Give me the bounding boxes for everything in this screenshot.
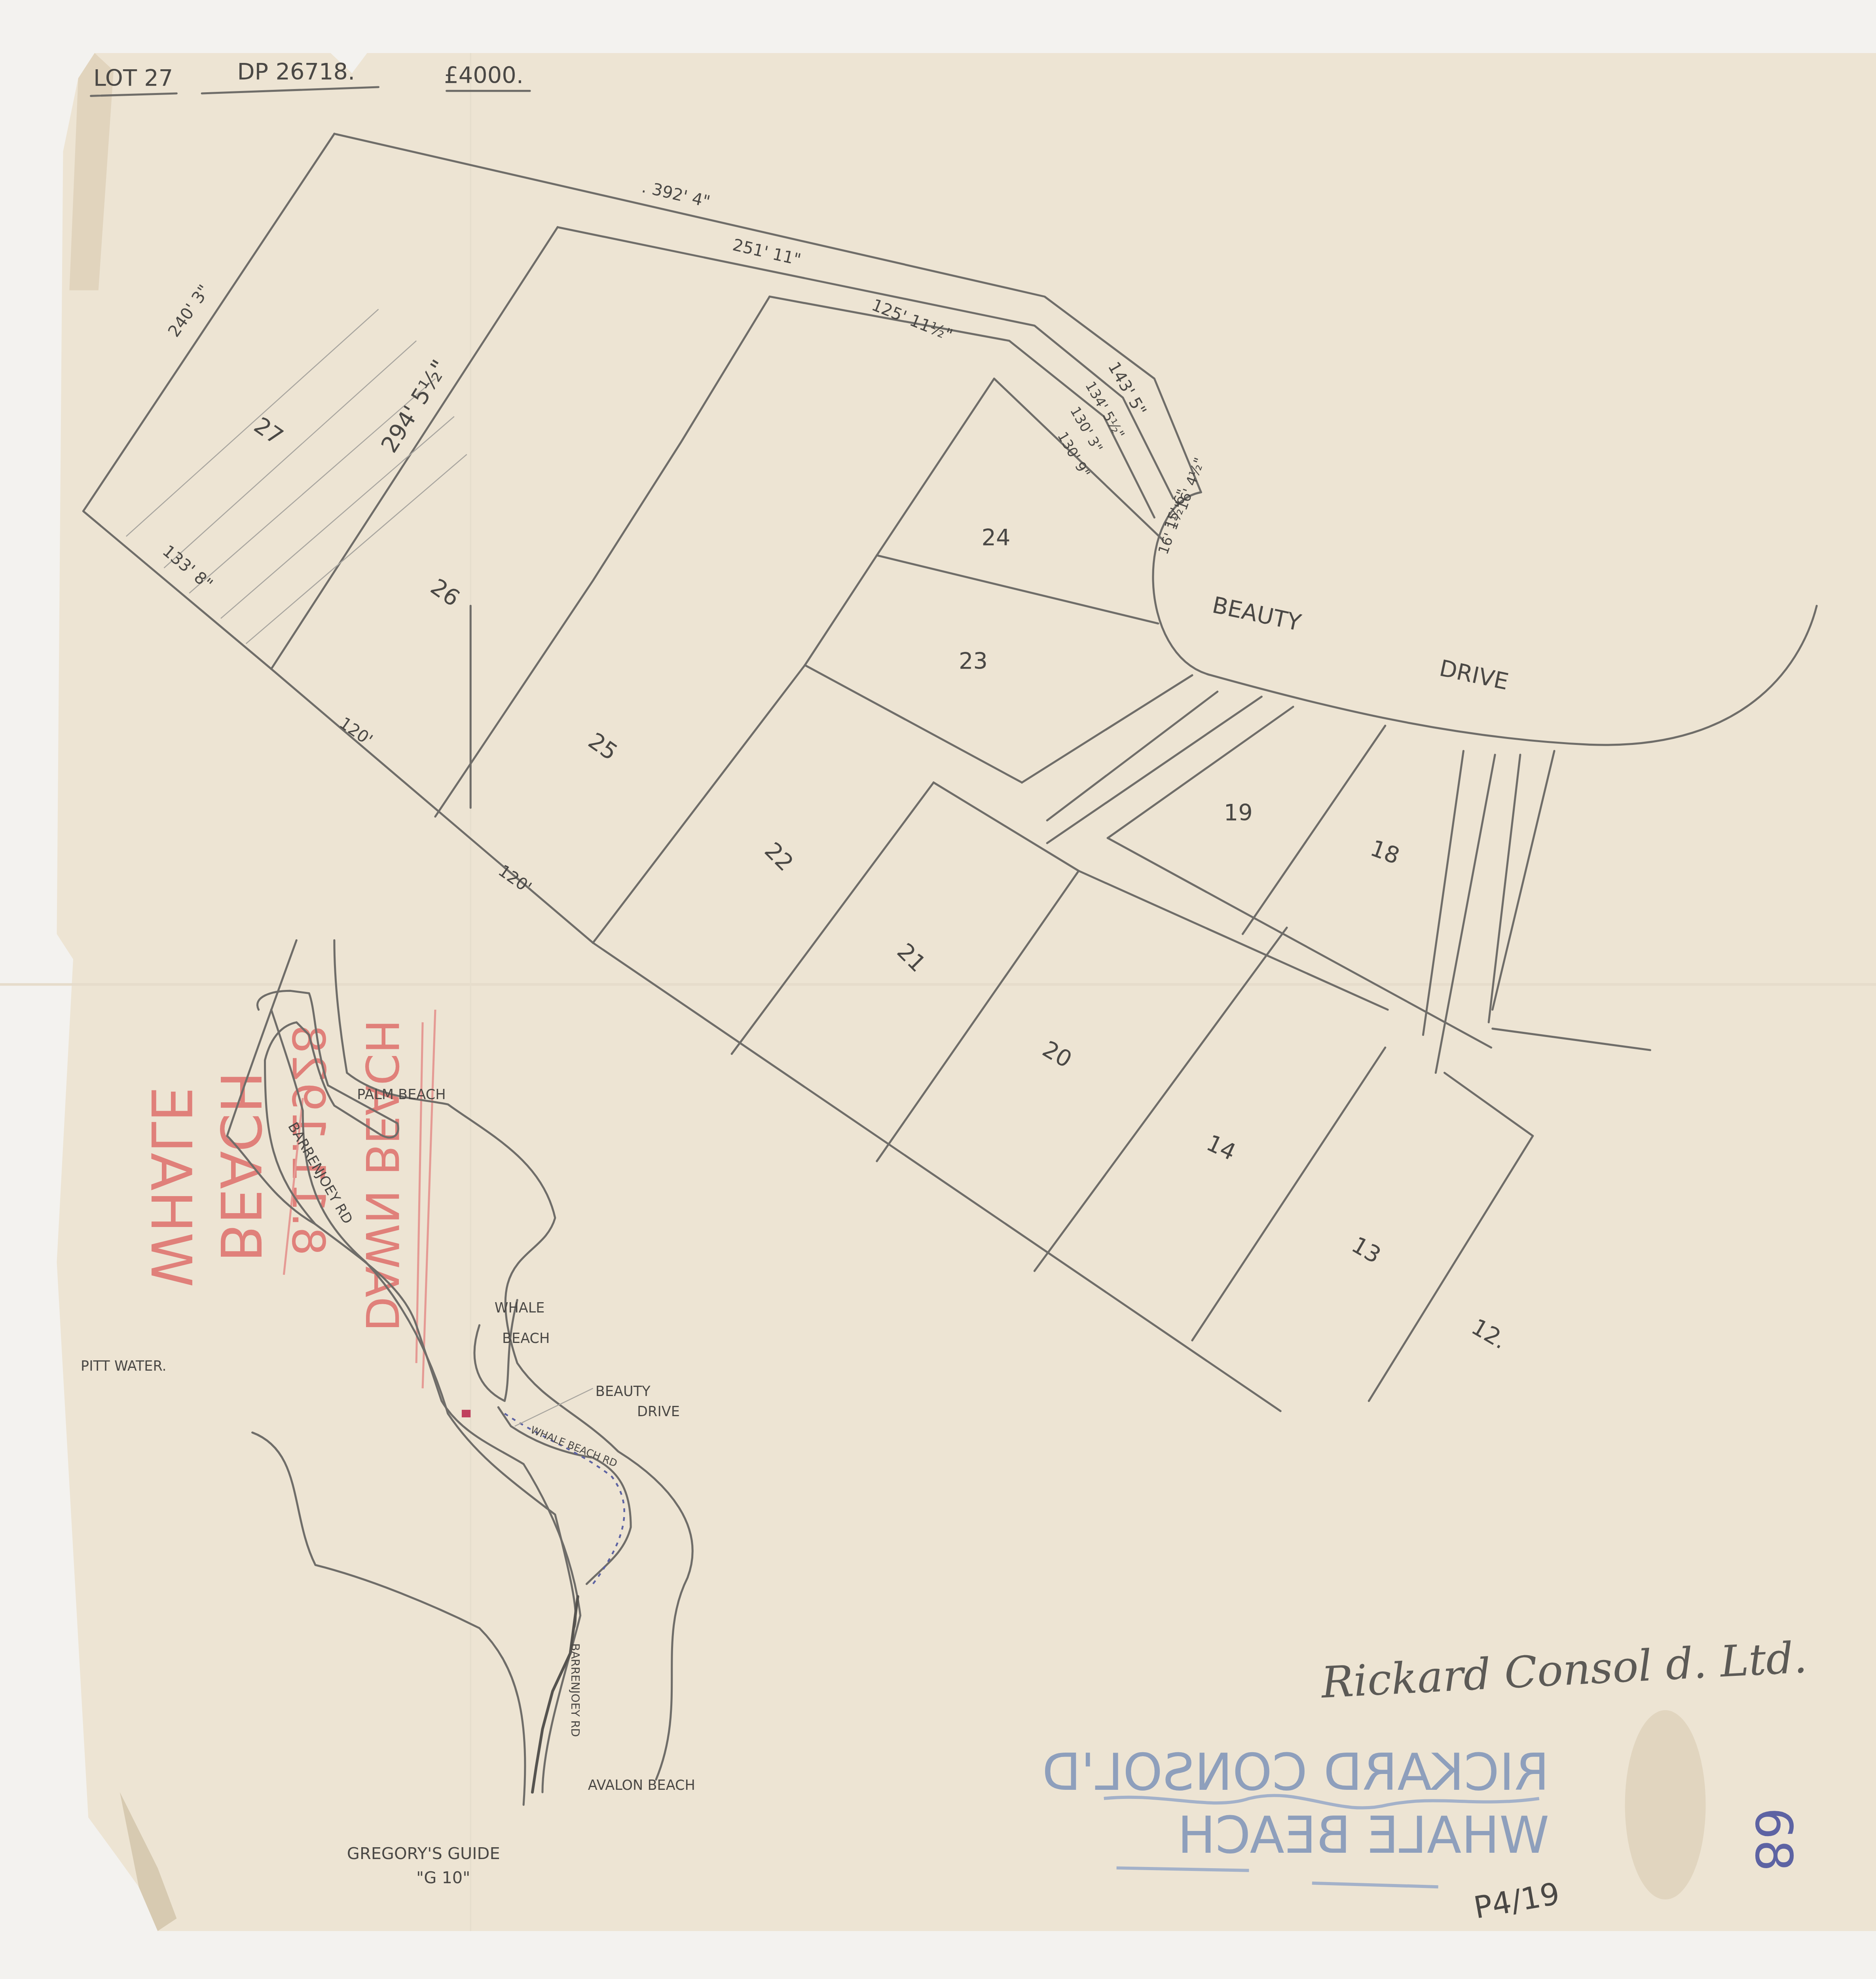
subdivision-plan-drawing: LOT 27 DP 26718. £4000. <box>0 0 1876 1979</box>
inset-drive: DRIVE <box>637 1404 680 1420</box>
inset-pitt-water: PITT WATER. <box>81 1358 167 1374</box>
flag-marker-icon <box>462 1410 470 1417</box>
inset-whale: WHALE <box>495 1300 545 1316</box>
corner-number: 68 <box>1744 1807 1802 1871</box>
lot-19: 19 <box>1224 800 1253 826</box>
inset-avalon-beach: AVALON BEACH <box>588 1777 695 1793</box>
inset-barrenjoey-rd-south: BARRENJOEY RD <box>569 1643 582 1737</box>
inset-beauty: BEAUTY <box>596 1383 651 1400</box>
lot-24: 24 <box>981 524 1010 551</box>
survey-sheet: LOT 27 DP 26718. £4000. <box>0 0 1876 1979</box>
deposited-plan: DP 26718. <box>237 59 355 85</box>
paper-stain <box>1625 1710 1706 1899</box>
red-dawn-beach: DAWN BEACH <box>355 1020 408 1332</box>
source-page-ref: "G 10" <box>416 1868 470 1887</box>
blue-rickard-consold: RICKARD CONSOL'D <box>1042 1743 1550 1802</box>
lot-number: LOT 27 <box>93 65 173 91</box>
price: £4000. <box>444 62 524 89</box>
blue-whale-beach: WHALE BEACH <box>1178 1806 1549 1865</box>
inset-beach: BEACH <box>502 1330 550 1347</box>
lot-23: 23 <box>959 648 988 674</box>
red-whale: WHALE <box>138 1087 203 1288</box>
source-gregorys-guide: GREGORY'S GUIDE <box>347 1844 500 1863</box>
inset-palm-beach: PALM BEACH <box>357 1086 446 1103</box>
